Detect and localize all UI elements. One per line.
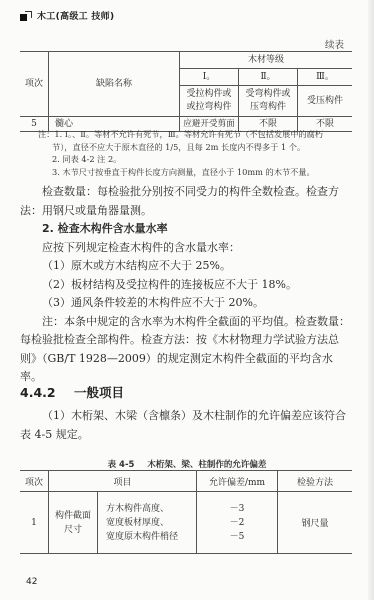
table-notes: 注：1. Ⅰ。、Ⅱ。等材不允许有死节，Ⅲ。等材允许有死节（不包括发展中的腐朽 节… — [38, 128, 358, 178]
header-item-no: 项次 — [20, 52, 49, 117]
header-usage-1: 受拉构件或 或拉弯构件 — [180, 86, 239, 117]
header-usage-2: 受弯构件或 压弯构件 — [239, 86, 298, 117]
tolerance-value: －5 — [197, 530, 277, 544]
section-body: （1）木桁架、木梁（含檩条）及木柱制作的允许偏差应该符合表 4-5 规定。 — [20, 407, 352, 444]
header-method: 检验方法 — [278, 471, 353, 492]
cell-no: 1 — [20, 492, 49, 554]
tolerance-value: －2 — [197, 516, 277, 530]
cell-method: 钢尺量 — [278, 492, 353, 554]
page-number: 42 — [26, 577, 37, 587]
continued-label: 续表 — [325, 37, 344, 51]
header-usage-3: 受压构件 — [298, 86, 353, 117]
intro-line: 应按下列规定检查木构件的含水量水率： — [20, 239, 352, 258]
list-item: （3）通风条件较差的木构件应不大于 20%。 — [20, 294, 352, 313]
note-line: 3. 木节尺寸按垂直于构件长度方向测量，直径小于 10mm 的木节不量。 — [38, 166, 358, 179]
cell-items: 方木构件高度、 宽度板材厚度、 宽度原木构件梢径 — [98, 492, 197, 554]
list-item: （1）原木或方木结构应不大于 25%。 — [20, 257, 352, 276]
inspection-paragraph: 检查数量：每检验批分别按不同受力的构件全数检查。检查方法：用钢尺或量角器量测。 — [20, 183, 352, 220]
section-title: 一般项目 — [74, 385, 124, 400]
tolerance-table: 项次 项目 允许偏差/mm 检验方法 1 构件截面 尺寸 方木构件高度、 宽度板… — [20, 470, 352, 554]
note-line: 2. 同表 4-2 注 2。 — [38, 153, 358, 166]
header-tolerance: 允许偏差/mm — [197, 471, 278, 492]
caption-number: 表 4-5 — [108, 460, 135, 470]
item-line: 宽度原木构件梢径 — [106, 530, 196, 544]
header-grade-1: Ⅰ。 — [180, 69, 239, 86]
note-line: 注：1. Ⅰ。、Ⅱ。等材不允许有死节，Ⅲ。等材允许有死节（不包括发展中的腐朽 — [38, 128, 358, 141]
page-edge-shadow — [368, 0, 374, 600]
note-line: 节），直径不应大于原木直径的 1/5，且每 2m 长度内不得多于 1 个。 — [38, 141, 358, 154]
header-grade-group: 木材等级 — [180, 52, 353, 69]
table-caption: 表 4-5 木桁架、梁、柱制作的允许偏差 — [0, 458, 374, 470]
defect-table: 项次 缺陷名称 木材等级 Ⅰ。 Ⅱ。 Ⅲ。 受拉构件或 或拉弯构件 受弯构件或 … — [20, 51, 352, 132]
section-heading: 4.4.2 一般项目 — [20, 383, 124, 401]
note-paragraph: 注：本条中规定的含水率为木构件全截面的平均值。检查数量：每检验批检查全部构件。检… — [20, 313, 352, 387]
caption-title: 木桁架、梁、柱制作的允许偏差 — [147, 460, 266, 470]
section-number: 4.4.2 — [20, 385, 56, 400]
tolerance-value: －3 — [197, 502, 277, 516]
list-item: （2）板材结构及受拉构件的连接板应不大于 18%。 — [20, 276, 352, 295]
running-head-title: 木工(高级工 技师) — [37, 9, 114, 22]
cell-group: 构件截面 尺寸 — [49, 492, 98, 554]
cell-tolerances: －3 －2 －5 — [197, 492, 278, 554]
book-marker-icon — [20, 11, 31, 21]
section-paragraph: （1）木桁架、木梁（含檩条）及木柱制作的允许偏差应该符合表 4-5 规定。 — [20, 407, 352, 444]
body-text: 检查数量：每检验批分别按不同受力的构件全数检查。检查方法：用钢尺或量角器量测。 … — [20, 183, 352, 387]
header-defect-name: 缺陷名称 — [49, 52, 180, 117]
item-line: 宽度板材厚度、 — [106, 516, 196, 530]
header-item-no: 项次 — [20, 471, 49, 492]
header-grade-2: Ⅱ。 — [239, 69, 298, 86]
item-line: 方木构件高度、 — [106, 502, 196, 516]
header-grade-3: Ⅲ。 — [298, 69, 353, 86]
header-item: 项目 — [49, 471, 197, 492]
subheading: 2. 检查木构件含水量水率 — [20, 220, 352, 239]
table-row: 1 构件截面 尺寸 方木构件高度、 宽度板材厚度、 宽度原木构件梢径 －3 －2… — [20, 492, 352, 554]
running-head: 木工(高级工 技师) — [20, 9, 114, 22]
